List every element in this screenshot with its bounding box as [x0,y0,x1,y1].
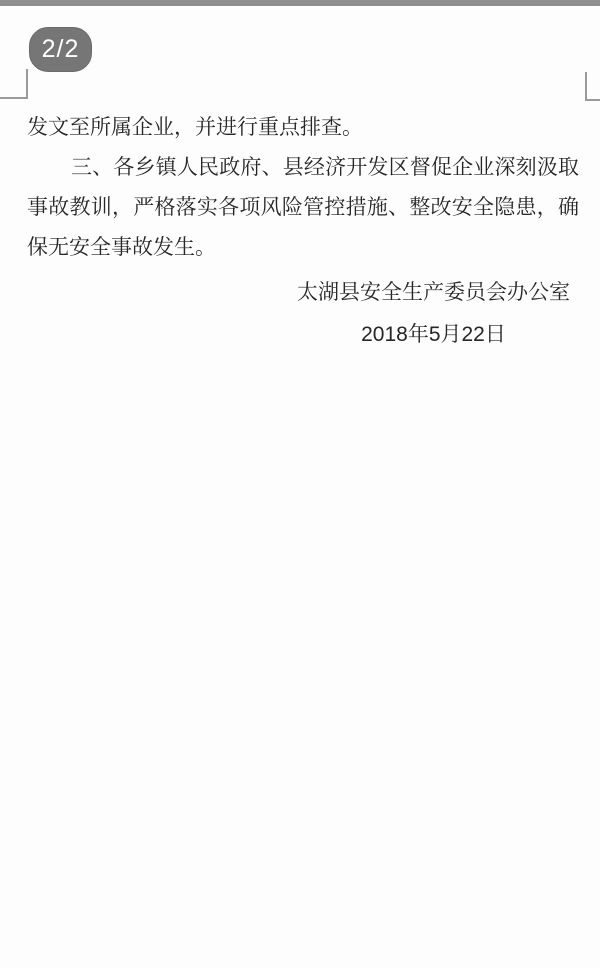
corner-mark-left-icon [0,69,28,99]
corner-mark-right-icon [585,72,600,101]
body-line-4: 保无安全事故发生。 [0,228,600,268]
page-indicator-badge: 2/2 [29,27,92,72]
body-line-3: 事故教训，严格落实各项风险管控措施、整改安全隐患，确 [0,188,600,228]
body-line-1: 发文至所属企业，并进行重点排查。 [0,108,600,148]
signature-block: 太湖县安全生产委员会办公室 2018年5月22日 [0,273,600,355]
signature-date: 2018年5月22日 [297,315,570,355]
body-line-2: 三、各乡镇人民政府、县经济开发区督促企业深刻汲取 [0,148,600,188]
viewer-top-bar [0,0,600,6]
signature-organization: 太湖县安全生产委员会办公室 [297,273,570,313]
signature-inner: 太湖县安全生产委员会办公室 2018年5月22日 [297,273,570,355]
document-page[interactable]: 发文至所属企业，并进行重点排查。 三、各乡镇人民政府、县经济开发区督促企业深刻汲… [0,108,600,355]
